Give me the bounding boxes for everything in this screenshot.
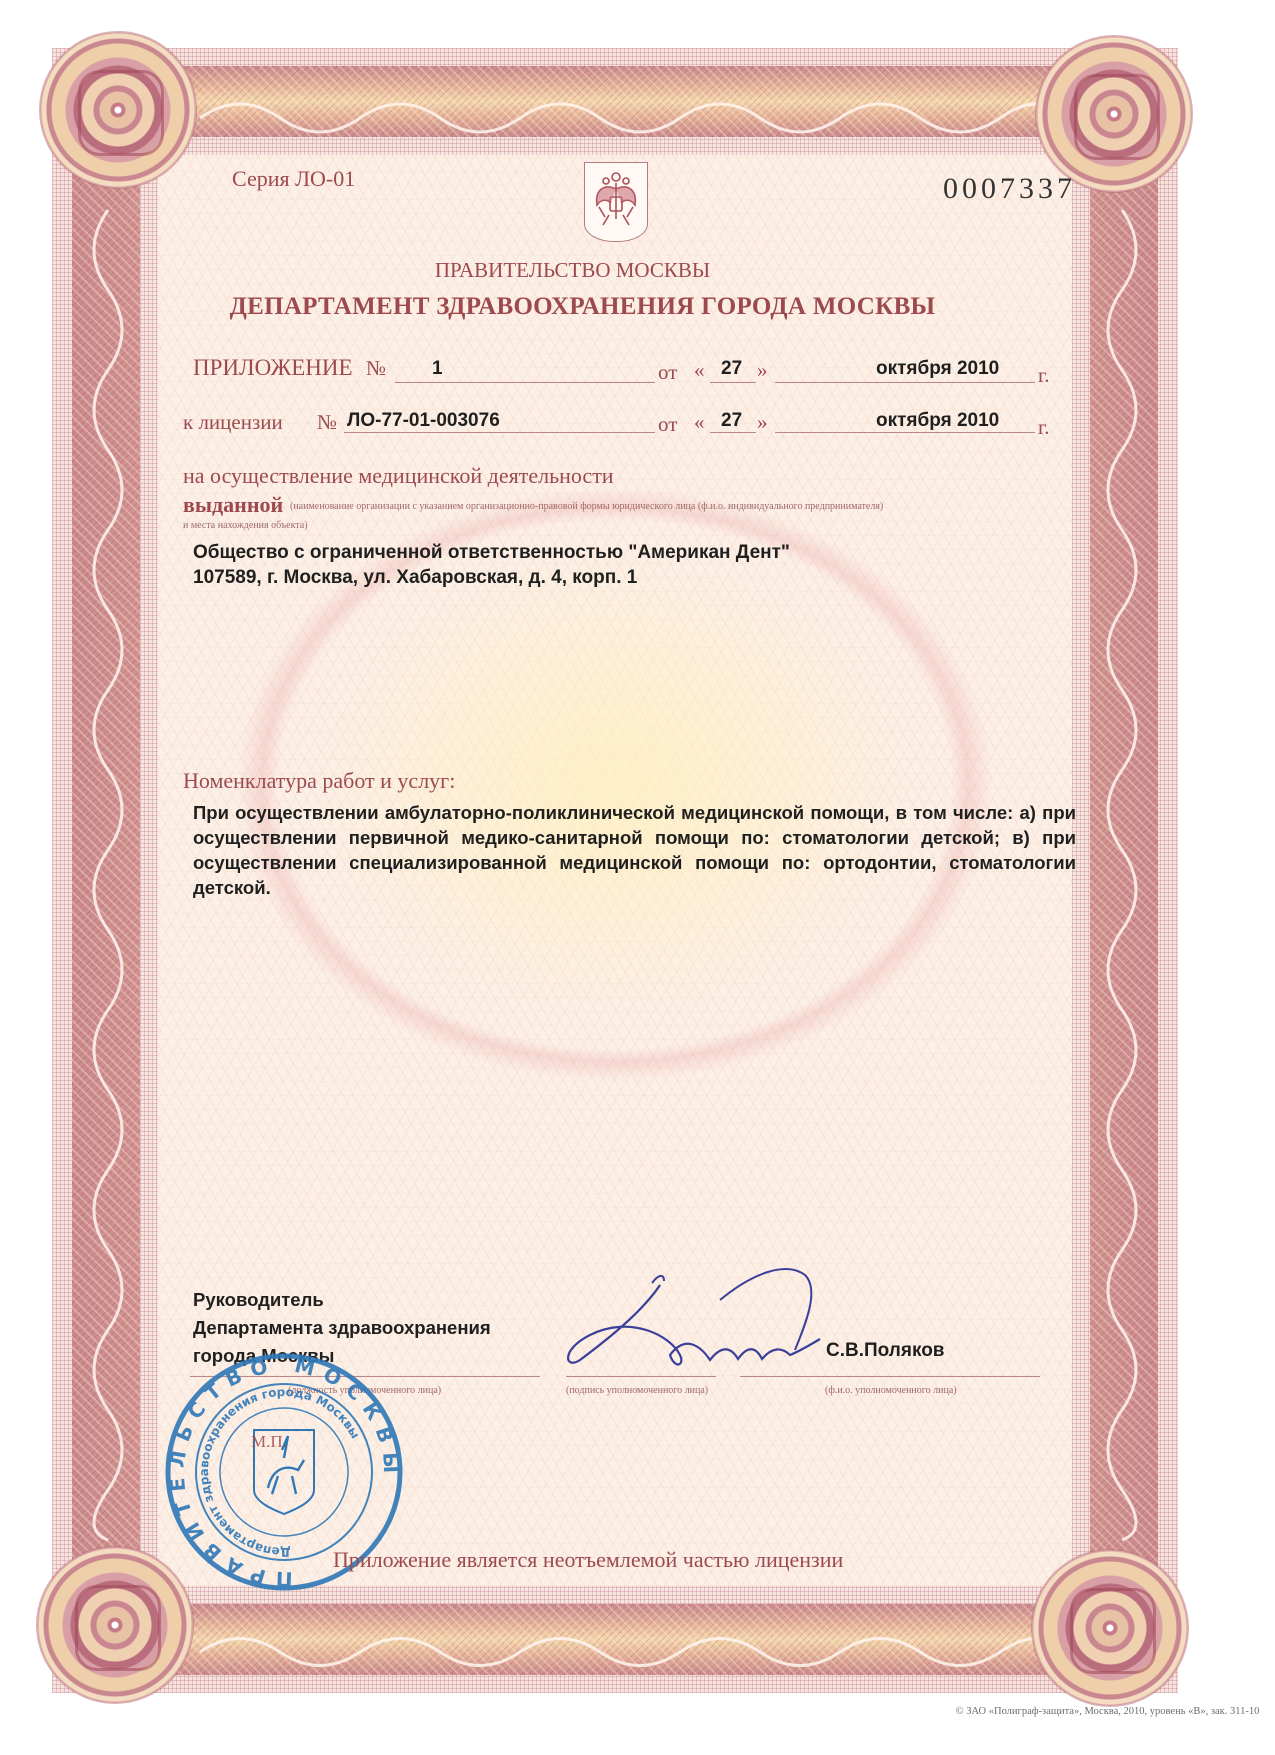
issuer-government: ПРАВИТЕЛЬСТВО МОСКВЫ xyxy=(0,258,1210,283)
activity-purpose: на осуществление медицинской деятельност… xyxy=(183,463,614,489)
russian-coat-of-arms-icon xyxy=(584,162,648,242)
series-label: Серия ЛО-01 xyxy=(232,166,355,192)
appendix-day-line xyxy=(710,382,756,383)
svg-text:Департамент здравоохранения го: Департамент здравоохранения города Москв… xyxy=(190,1378,373,1566)
rosette-top-left xyxy=(40,32,196,188)
nomenclature-label: Номенклатура работ и услуг: xyxy=(183,768,455,794)
license-number: ЛО-77-01-003076 xyxy=(347,410,500,432)
name-hint: (ф.и.о. уполномоченного лица) xyxy=(825,1385,957,1396)
issued-label: выданной xyxy=(183,492,283,518)
position-line-2: Департамента здравоохранения xyxy=(193,1315,491,1340)
appendix-date-line xyxy=(775,382,1035,383)
handwritten-signature-icon xyxy=(560,1255,860,1385)
appendix-from-label: от xyxy=(658,360,677,385)
rosette-bottom-right xyxy=(1032,1550,1188,1706)
appendix-quote-close: » xyxy=(757,358,768,383)
signature-hint: (подпись уполномоченного лица) xyxy=(566,1385,708,1396)
appendix-number-sign: № xyxy=(366,356,386,381)
rosette-top-right xyxy=(1036,36,1192,192)
form-number: 0007337 xyxy=(943,172,1076,206)
license-number-line xyxy=(344,432,655,433)
appendix-month-year: октября 2010 xyxy=(876,358,999,380)
appendix-number-line xyxy=(395,382,655,383)
issued-hint-line-1: (наименование организации с указанием ор… xyxy=(290,501,883,512)
appendix-integral-note: Приложение является неотъемлемой частью … xyxy=(333,1547,843,1573)
printer-copyright: © ЗАО «Полиграф-защита», Москва, 2010, у… xyxy=(470,1706,1275,1717)
organization-name: Общество с ограниченной ответственностью… xyxy=(193,542,790,564)
seal-place-label: М.П. xyxy=(251,1432,287,1452)
license-quote-close: » xyxy=(757,410,768,435)
license-month-year: октября 2010 xyxy=(876,410,999,432)
organization-address: 107589, г. Москва, ул. Хабаровская, д. 4… xyxy=(193,567,637,589)
license-date-line xyxy=(775,432,1035,433)
issued-hint-line-2: и места нахождения объекта) xyxy=(183,520,308,531)
license-year-suffix: г. xyxy=(1038,415,1050,440)
license-number-sign: № xyxy=(317,410,337,435)
issuer-department: ДЕПАРТАМЕНТ ЗДРАВООХРАНЕНИЯ ГОРОДА МОСКВ… xyxy=(0,293,1220,321)
appendix-number: 1 xyxy=(432,358,443,380)
appendix-label: ПРИЛОЖЕНИЕ xyxy=(193,355,353,381)
position-line-1: Руководитель xyxy=(193,1287,324,1312)
license-from-label: от xyxy=(658,412,677,437)
appendix-day: 27 xyxy=(721,358,742,380)
appendix-quote-open: « xyxy=(694,358,705,383)
license-day: 27 xyxy=(721,410,742,432)
license-quote-open: « xyxy=(694,410,705,435)
license-label: к лицензии xyxy=(183,410,283,435)
appendix-year-suffix: г. xyxy=(1038,363,1050,388)
nomenclature-text: При осуществлении амбулаторно-поликлинич… xyxy=(193,800,1076,900)
license-day-line xyxy=(710,432,756,433)
license-appendix-page: Серия ЛО-01 0007337 ПРАВИТЕЛЬСТВО МОСКВЫ… xyxy=(0,0,1275,1755)
